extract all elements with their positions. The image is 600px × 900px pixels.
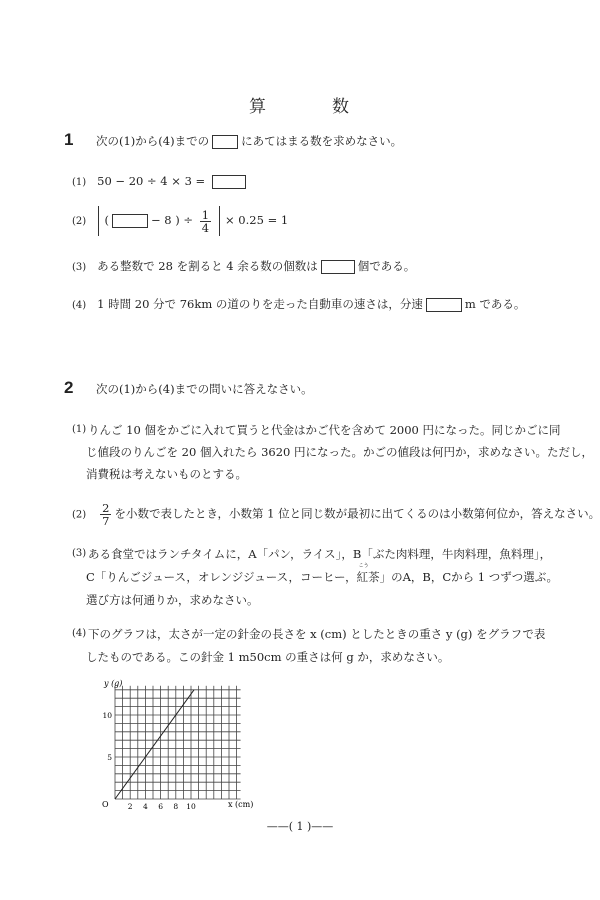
graph-line	[115, 690, 194, 799]
instruction-pre: 次の(1)から(4)までの	[96, 134, 209, 148]
line2-pre: C「りんごジュース，オレンジジュース，コーヒー，	[86, 570, 357, 584]
s2-q3-line3: 選び方は何通りか，求めなさい。	[86, 592, 259, 608]
bracket-left	[98, 206, 99, 236]
answer-blank[interactable]	[112, 214, 148, 228]
s1-q4: (4) 1 時間 20 分で 76km の道のりを走った自動車の速さは，分速m …	[72, 296, 525, 312]
s2-q4-line2: したものである。この針金 1 m50cm の重さは何 g か，求めなさい。	[86, 649, 449, 665]
s2-q3-line2: C「りんごジュース，オレンジジュース，コーヒー，こう紅茶」のA，B，Cから 1 …	[86, 569, 558, 585]
section-1-instruction: 次の(1)から(4)までのにあてはまる数を求めなさい。	[96, 133, 402, 149]
paren-open: (	[104, 213, 109, 227]
s1-q2: (2) (− 8 ) ÷ 14× 0.25 = 1	[72, 206, 288, 236]
q-text: を小数で表したとき，小数第 1 位と同じ数が最初に出てくるのは小数第何位か，答え…	[114, 507, 600, 521]
s2-q4-label: (4)	[72, 628, 86, 639]
answer-blank[interactable]	[212, 175, 246, 189]
s2-q1-line1: りんご 10 個をかごに入れて買うと代金はかご代を含めて 2000 円になった。…	[88, 422, 561, 438]
instruction-post: にあてはまる数を求めなさい。	[241, 134, 402, 148]
ruby-base: 紅茶	[357, 570, 380, 584]
q-text-post: 個である。	[358, 259, 416, 273]
s2-q3-label: (3)	[72, 548, 86, 559]
q-label: (2)	[72, 510, 86, 521]
frac-num: 1	[200, 209, 211, 222]
answer-blank-example	[212, 135, 238, 149]
svg-text:4: 4	[143, 802, 148, 811]
s2-q3-line1: ある食堂ではランチタイムに，A「パン，ライス」，B「ぶた肉料理，牛肉料理，魚料理…	[88, 546, 551, 562]
line2-post: 」のA，B，Cから 1 つずつ選ぶ。	[380, 570, 558, 584]
page-number: ——( 1 )——	[0, 820, 600, 833]
fraction: 27	[100, 502, 111, 527]
ruby-text: こう	[359, 562, 369, 569]
section-1-number: 1	[64, 130, 73, 150]
section-2-instruction: 次の(1)から(4)までの問いに答えなさい。	[96, 381, 313, 397]
svg-text:5: 5	[107, 753, 112, 762]
ruby-koucha: こう紅茶	[357, 569, 380, 585]
q-label: (2)	[72, 216, 86, 227]
svg-text:6: 6	[158, 802, 163, 811]
q-text-pre: 1 時間 20 分で 76km の道のりを走った自動車の速さは，分速	[97, 297, 423, 311]
y-axis-label: y (g)	[103, 679, 122, 688]
s1-q3: (3) ある整数で 28 を割ると 4 余る数の個数は個である。	[72, 258, 415, 274]
s2-q4-line1: 下のグラフは，太さが一定の針金の長さを x (cm) としたときの重さ y (g…	[88, 626, 545, 642]
title-char-2: 数	[332, 92, 351, 117]
x-axis-label: x (cm)	[228, 800, 253, 809]
graph-grid	[115, 686, 241, 799]
q-expr-post: × 0.25 = 1	[225, 213, 288, 227]
s2-q1-label: (1)	[72, 424, 86, 435]
svg-text:10: 10	[186, 802, 196, 811]
frac-den: 7	[100, 515, 111, 527]
graph-svg: y (g) x (cm) O 246810 510	[96, 676, 276, 816]
svg-text:8: 8	[173, 802, 178, 811]
s2-q1-line2: じ値段のりんごを 20 個入れたら 3620 円になった。かごの値段は何円か，求…	[86, 444, 593, 460]
answer-blank[interactable]	[426, 298, 462, 312]
q-expr-mid: − 8 ) ÷	[151, 213, 193, 227]
q-label: (1)	[72, 177, 86, 188]
svg-text:10: 10	[102, 711, 112, 720]
s2-q2: (2) 27を小数で表したとき，小数第 1 位と同じ数が最初に出てくるのは小数第…	[72, 502, 600, 527]
answer-blank[interactable]	[321, 260, 355, 274]
q-label: (3)	[72, 262, 86, 273]
q-expr: 50 − 20 ÷ 4 × 3 =	[97, 174, 205, 188]
y-tick-labels: 510	[102, 711, 112, 762]
title-char-1: 算	[249, 92, 268, 117]
q-text-pre: ある整数で 28 を割ると 4 余る数の個数は	[97, 259, 318, 273]
svg-text:2: 2	[128, 802, 133, 811]
q-label: (4)	[72, 300, 86, 311]
fraction: 14	[200, 209, 211, 234]
frac-den: 4	[200, 222, 211, 234]
page-title: 算数	[0, 92, 600, 117]
section-2-number: 2	[64, 378, 73, 398]
q-text-post: m である。	[465, 297, 526, 311]
bracket-right	[219, 206, 220, 236]
s2-q1-line3: 消費税は考えないものとする。	[86, 466, 247, 482]
weight-length-graph: y (g) x (cm) O 246810 510	[96, 676, 276, 820]
x-tick-labels: 246810	[128, 802, 196, 811]
origin-label: O	[102, 800, 109, 809]
s1-q1: (1) 50 − 20 ÷ 4 × 3 =	[72, 174, 249, 189]
